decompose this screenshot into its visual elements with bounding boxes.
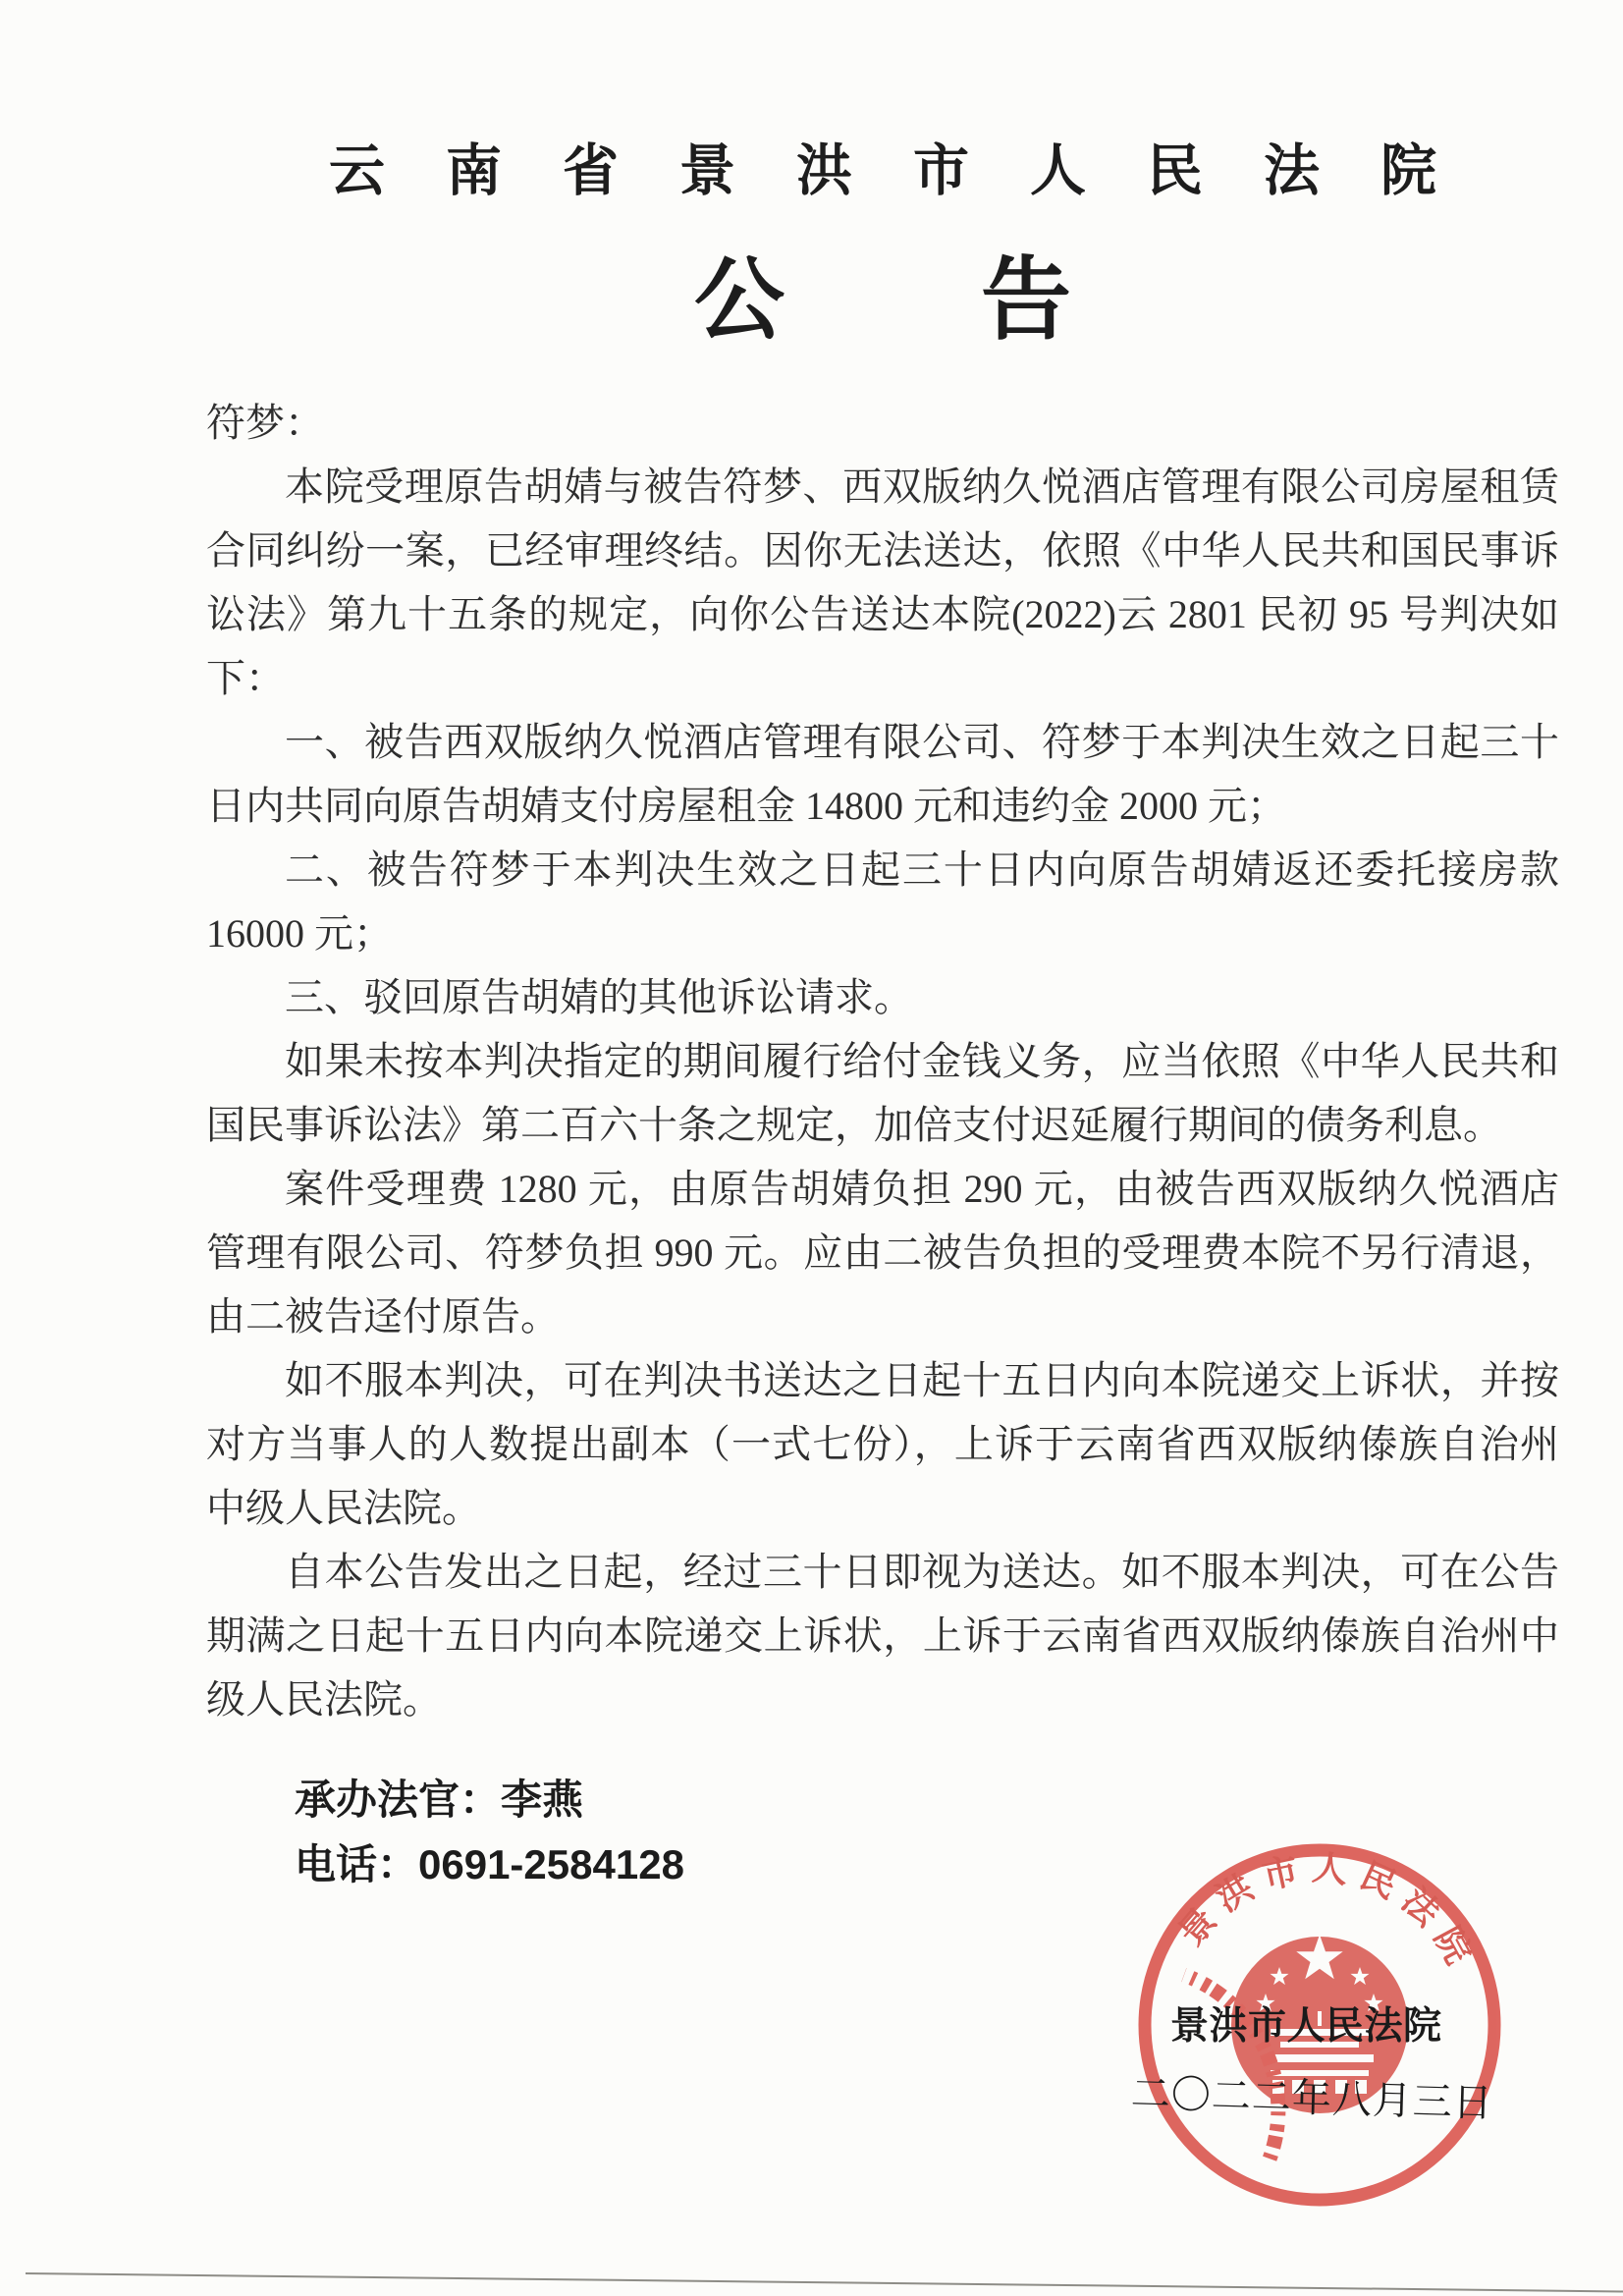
body-paragraph: 二、被告符梦于本判决生效之日起三十日内向原告胡婧返还委托接房款 16000 元； bbox=[206, 838, 1559, 965]
body-paragraph: 自本公告发出之日起，经过三十日即视为送达。如不服本判决，可在公告期满之日起十五日… bbox=[206, 1540, 1559, 1731]
scan-artifact-line bbox=[26, 2272, 1623, 2293]
body-paragraph: 如不服本判决，可在判决书送达之日起十五日内向本院递交上诉状，并按对方当事人的人数… bbox=[206, 1348, 1559, 1540]
phone-line: 电话：0691-2584128 bbox=[295, 1832, 684, 1897]
addressee-line: 符梦： bbox=[206, 391, 1559, 455]
announcement-title-text: 公告 bbox=[694, 250, 1268, 351]
court-name-text: 云南省景洪市人民法院 bbox=[329, 140, 1497, 202]
body-paragraph: 案件受理费 1280 元，由原告胡婧负担 290 元，由被告西双版纳久悦酒店管理… bbox=[206, 1157, 1559, 1348]
body-paragraph: 一、被告西双版纳久悦酒店管理有限公司、符梦于本判决生效之日起三十日内共同向原告胡… bbox=[206, 710, 1559, 838]
signature-block: 承办法官：李燕 电话：0691-2584128 bbox=[295, 1768, 684, 1897]
announcement-body: 符梦： 本院受理原告胡婧与被告符梦、西双版纳久悦酒店管理有限公司房屋租赁合同纠纷… bbox=[206, 391, 1559, 1731]
body-paragraph: 如果未按本判决指定的期间履行给付金钱义务，应当依照《中华人民共和国民事诉讼法》第… bbox=[206, 1029, 1559, 1157]
judge-line: 承办法官：李燕 bbox=[295, 1768, 684, 1832]
scanned-announcement-page: 云南省景洪市人民法院 公告 符梦： 本院受理原告胡婧与被告符梦、西双版纳久悦酒店… bbox=[0, 0, 1623, 2296]
stamp-date-text: 二〇二二年八月三日 bbox=[1130, 2062, 1493, 2128]
body-paragraph: 本院受理原告胡婧与被告符梦、西双版纳久悦酒店管理有限公司房屋租赁合同纠纷一案，已… bbox=[206, 455, 1559, 710]
stamp-court-name-text: 景洪市人民法院 bbox=[1170, 1995, 1442, 2050]
announcement-title: 公告 bbox=[206, 228, 1559, 357]
court-name-title: 云南省景洪市人民法院 bbox=[206, 126, 1559, 206]
body-paragraph: 三、驳回原告胡婧的其他诉讼请求。 bbox=[206, 965, 1559, 1029]
